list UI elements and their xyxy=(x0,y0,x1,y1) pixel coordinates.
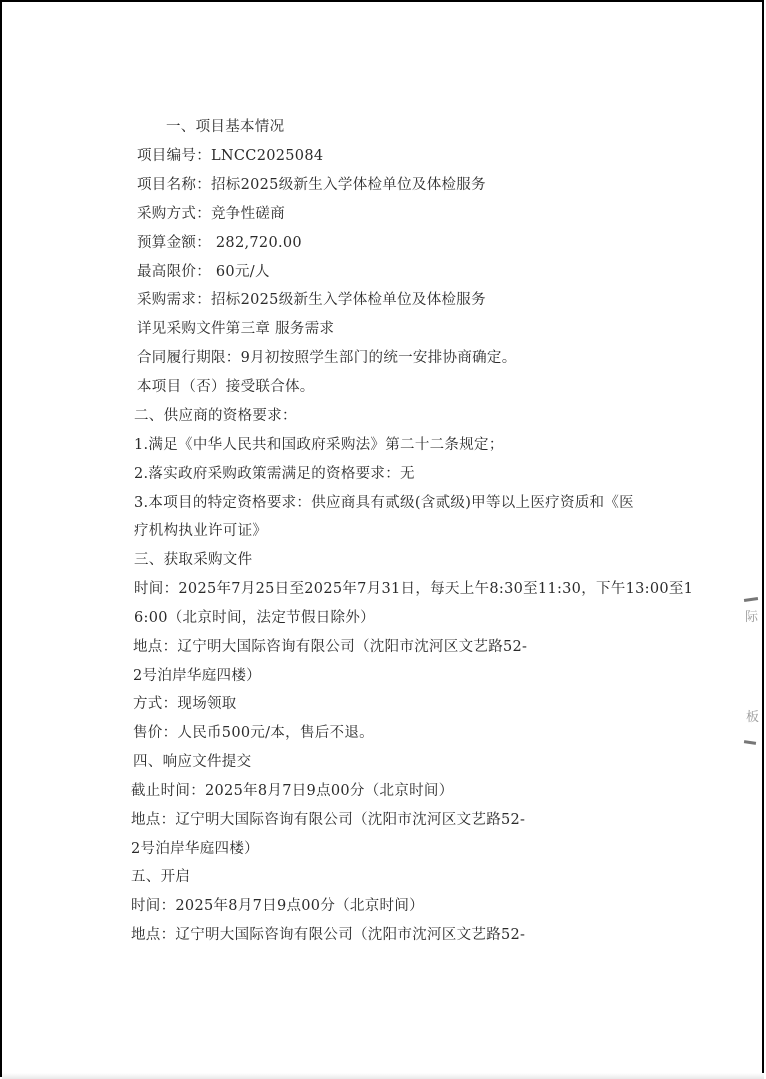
document-line: 四、响应文件提交 xyxy=(133,753,251,771)
document-line: 预算金额： 282,720.00 xyxy=(137,234,302,252)
document-line: 本项目（否）接受联合体。 xyxy=(137,378,315,396)
document-line: 详见采购文件第三章 服务需求 xyxy=(137,320,334,338)
edge-mark-text: 际 xyxy=(745,606,758,625)
document-line: 1.满足《中华人民共和国政府采购法》第二十二条规定； xyxy=(134,436,504,454)
document-page xyxy=(0,0,764,1077)
document-line: 3.本项目的特定资格要求：供应商具有贰级(含贰级)甲等以上医疗资质和《医 xyxy=(134,494,634,512)
document-line: 三、获取采购文件 xyxy=(134,551,252,569)
document-line: 时间：2025年8月7日9点00分（北京时间） xyxy=(131,897,424,915)
document-line: 最高限价： 60元/人 xyxy=(137,263,270,281)
document-line: 2号泊岸华庭四楼） xyxy=(131,840,259,858)
document-line: 截止时间：2025年8月7日9点00分（北京时间） xyxy=(131,782,454,800)
document-line: 二、供应商的资格要求： xyxy=(134,407,297,425)
edge-mark-text: 板 xyxy=(746,706,759,725)
document-line: 疗机构执业许可证》 xyxy=(134,522,267,540)
document-line: 2.落实政府采购政策需满足的资格要求：无 xyxy=(134,465,415,483)
document-line: 地点：辽宁明大国际咨询有限公司（沈阳市沈河区文艺路52- xyxy=(131,926,525,944)
document-line: 6:00（北京时间，法定节假日除外） xyxy=(134,609,375,627)
document-line: 时间：2025年7月25日至2025年7月31日，每天上午8:30至11:30，… xyxy=(134,580,693,598)
document-line: 售价：人民币500元/本，售后不退。 xyxy=(133,724,374,742)
document-line: 地点：辽宁明大国际咨询有限公司（沈阳市沈河区文艺路52- xyxy=(133,638,527,656)
document-line: 采购需求：招标2025级新生入学体检单位及体检服务 xyxy=(137,291,486,309)
document-line: 2号泊岸华庭四楼） xyxy=(133,667,261,685)
document-line: 五、开启 xyxy=(131,868,190,886)
document-line: 采购方式：竞争性磋商 xyxy=(137,205,285,223)
document-line: 方式：现场领取 xyxy=(133,695,237,713)
document-line: 项目编号：LNCC2025084 xyxy=(137,147,323,165)
document-line: 合同履行期限：9月初按照学生部门的统一安排协商确定。 xyxy=(137,349,517,367)
document-line: 地点：辽宁明大国际咨询有限公司（沈阳市沈河区文艺路52- xyxy=(131,811,525,829)
page-bottom-edge xyxy=(2,1073,764,1079)
document-line: 项目名称：招标2025级新生入学体检单位及体检服务 xyxy=(137,176,486,194)
document-line: 一、项目基本情况 xyxy=(166,118,284,136)
